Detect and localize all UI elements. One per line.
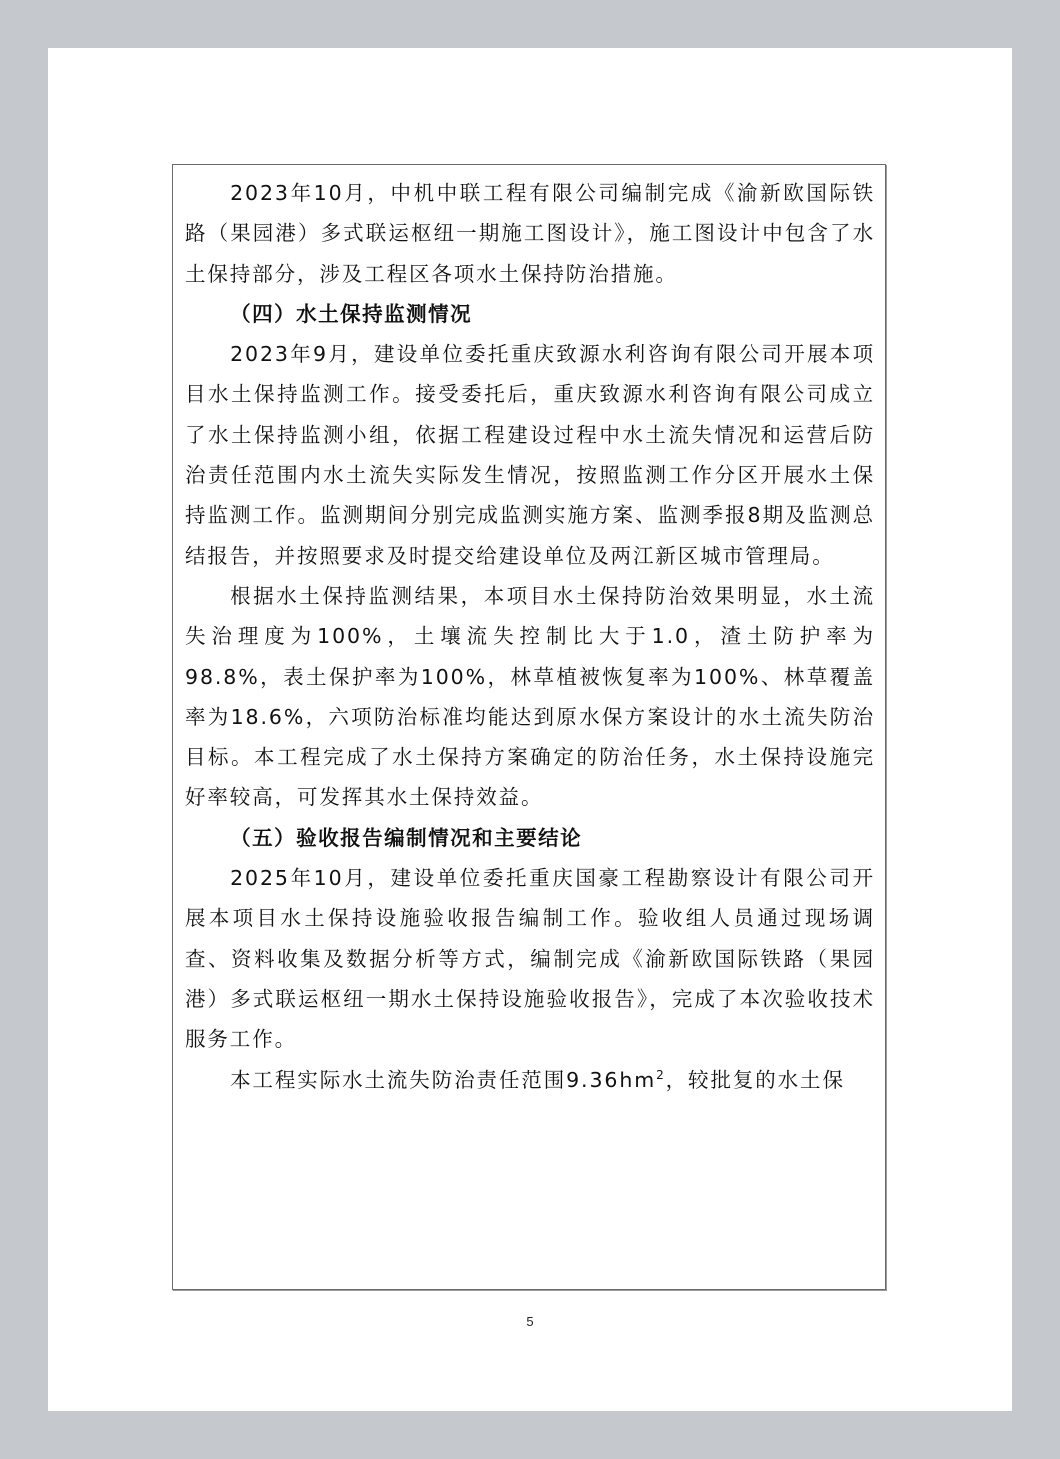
paragraph-responsibility-scope: 本工程实际水土流失防治责任范围9.36hm2，较批复的水土保 xyxy=(185,1060,875,1100)
page-number: 5 xyxy=(48,1314,1012,1329)
document-body: 2023年10月，中机中联工程有限公司编制完成《渝新欧国际铁路（果园港）多式联运… xyxy=(185,173,875,1100)
responsibility-scope-text-cont: ，较批复的水土保 xyxy=(666,1068,845,1092)
area-unit-superscript: 2 xyxy=(656,1068,666,1082)
responsibility-scope-text: 本工程实际水土流失防治责任范围9.36hm xyxy=(230,1068,656,1092)
document-page: 2023年10月，中机中联工程有限公司编制完成《渝新欧国际铁路（果园港）多式联运… xyxy=(48,48,1012,1411)
paragraph-monitoring-results: 根据水土保持监测结果，本项目水土保持防治效果明显，水土流失治理度为100%，土壤… xyxy=(185,576,875,818)
section-heading-acceptance-report: （五）验收报告编制情况和主要结论 xyxy=(185,818,875,858)
content-frame: 2023年10月，中机中联工程有限公司编制完成《渝新欧国际铁路（果园港）多式联运… xyxy=(172,164,886,1290)
section-heading-monitoring: （四）水土保持监测情况 xyxy=(185,294,875,334)
paragraph-construction-design: 2023年10月，中机中联工程有限公司编制完成《渝新欧国际铁路（果园港）多式联运… xyxy=(185,173,875,294)
paragraph-acceptance-report: 2025年10月，建设单位委托重庆国豪工程勘察设计有限公司开展本项目水土保持设施… xyxy=(185,858,875,1059)
paragraph-monitoring-work: 2023年9月，建设单位委托重庆致源水利咨询有限公司开展本项目水土保持监测工作。… xyxy=(185,334,875,576)
